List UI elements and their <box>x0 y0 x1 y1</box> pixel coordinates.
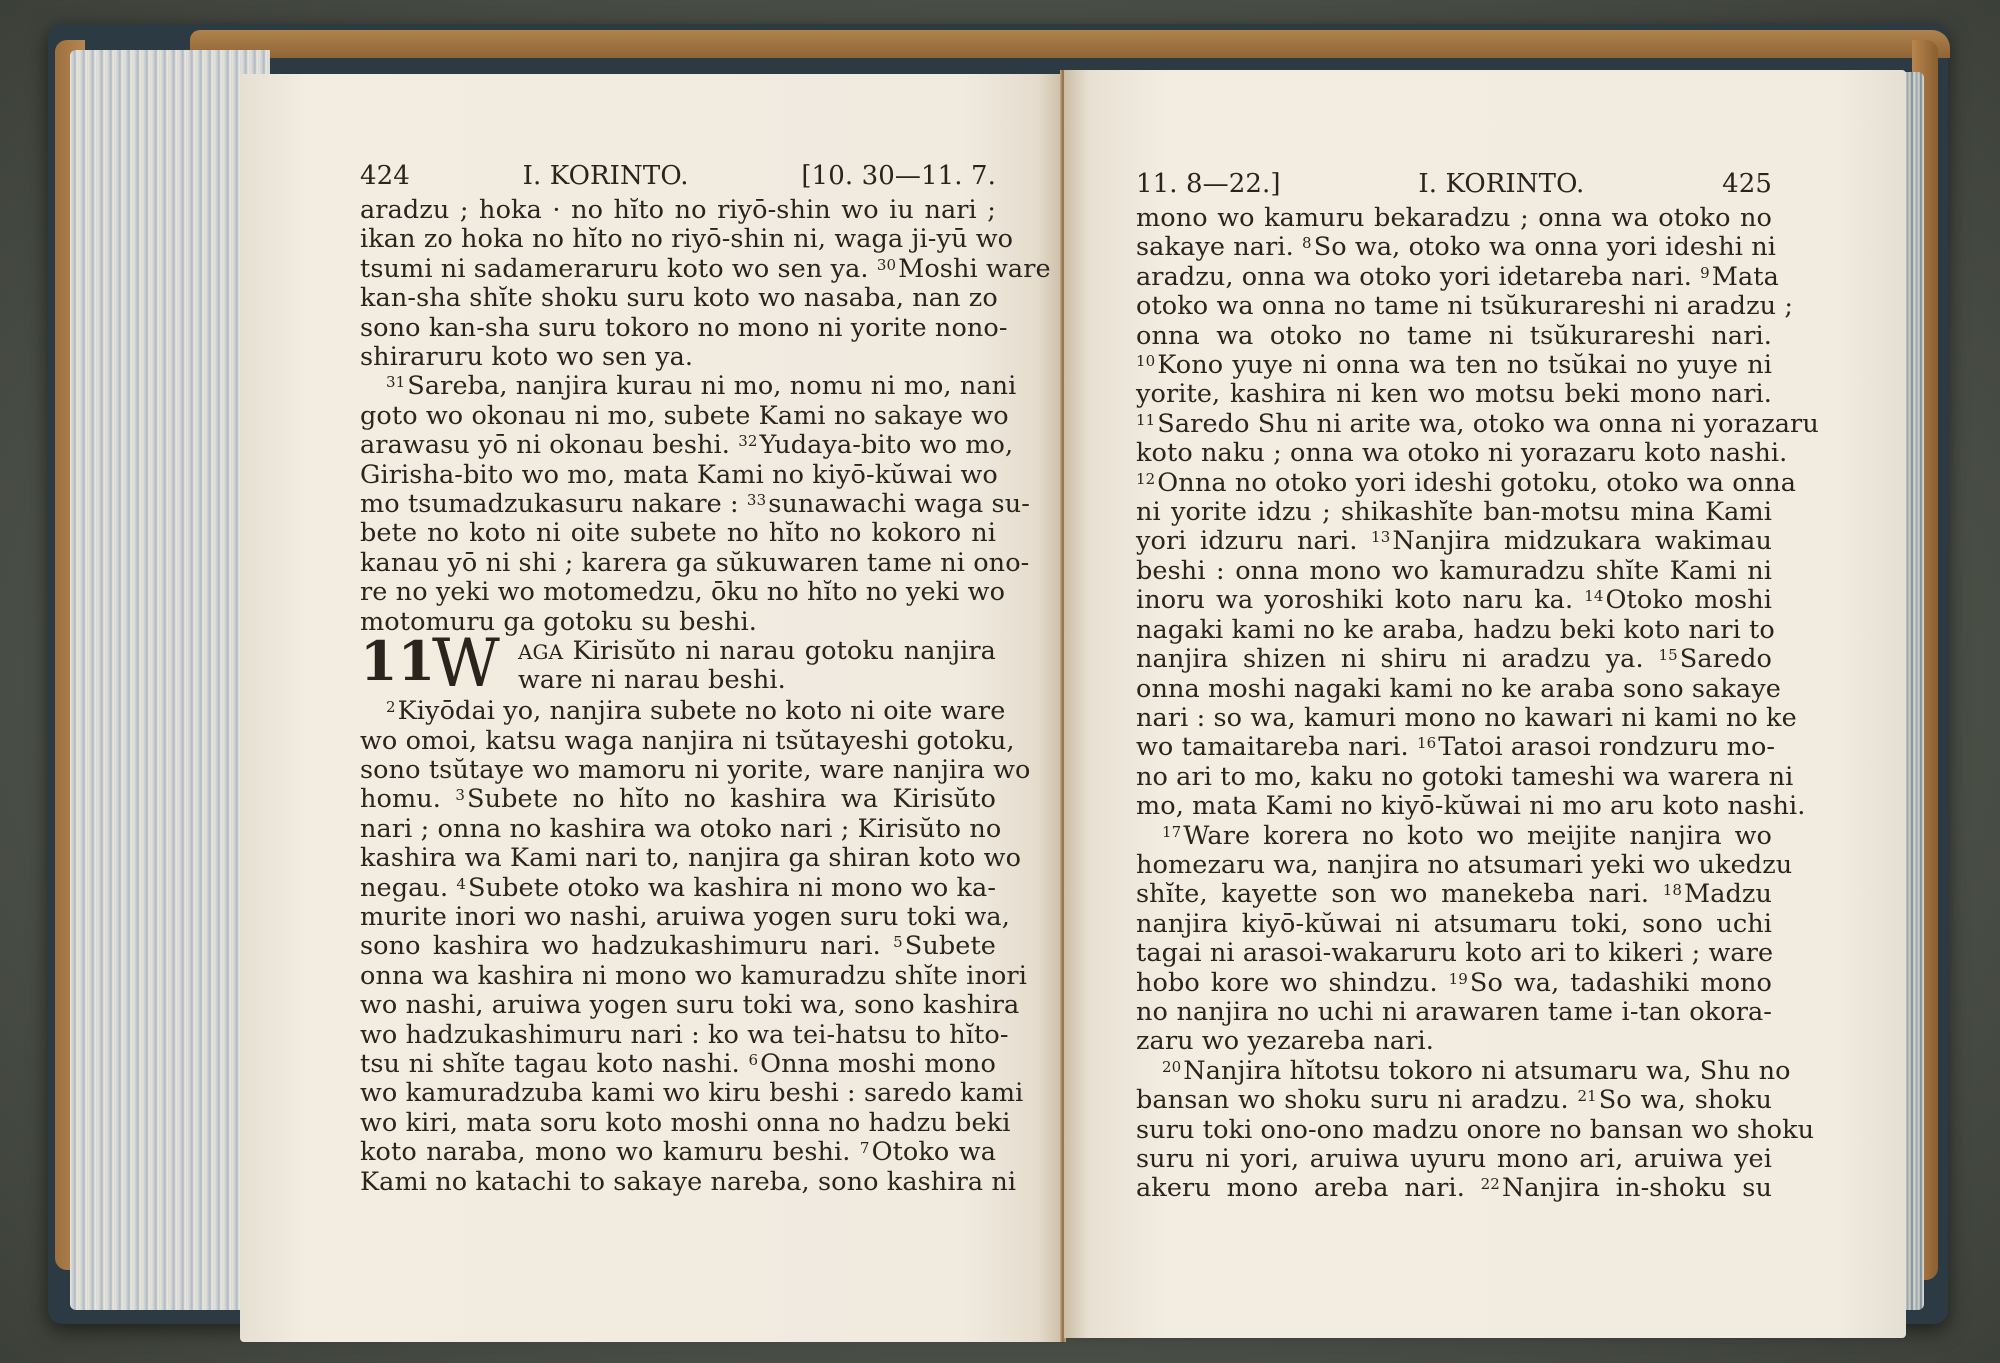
line-text: wo kamuradzuba kami wo kiru beshi : sare… <box>360 1078 1023 1108</box>
text-line: tagai ni arasoi-wakaruru koto ari to kik… <box>1136 939 1772 968</box>
text-line: sakaye nari. 8So wa, otoko wa onna yori … <box>1136 233 1772 262</box>
line-text: kashira wa Kami nari to, nanjira ga shir… <box>360 843 1021 873</box>
text-line: homezaru wa, nanjira no atsumari yeki wo… <box>1136 851 1772 880</box>
line-text: bete no koto ni oite subete no hĭto no k… <box>360 518 996 548</box>
chapter-line-1: AGA Kirisŭto ni narau gotoku nanjira <box>518 637 996 667</box>
verse-range: [10. 30—11. 7. <box>801 162 996 191</box>
text-line: otoko wa onna no tame ni tsŭkurareshi ni… <box>1136 292 1772 321</box>
chapter-number: 11 <box>360 633 435 689</box>
verse-number: 20 <box>1162 1058 1181 1076</box>
text-line: kanau yō ni shi ; karera ga sŭkuwaren ta… <box>360 549 996 578</box>
left-lines-after-chapter: 2Kiyōdai yo, nanjira subete no koto ni o… <box>360 697 996 1197</box>
verse-number: 8 <box>1302 234 1312 252</box>
line-text: sono tsŭtaye wo mamoru ni yorite, ware n… <box>360 755 1031 785</box>
text-line: ikan zo hoka no hĭto no riyō-shin ni, wa… <box>360 225 996 254</box>
line-text-after-verse: Subete no hĭto no kashira wa Kirisŭto <box>467 784 996 814</box>
line-text-after-verse: Madzu <box>1684 879 1772 909</box>
verse-number: 11 <box>1136 411 1155 429</box>
page-number: 424 <box>360 162 410 191</box>
line-text-after-verse: Nanjira midzukara wakimau <box>1392 526 1772 556</box>
text-line: koto naraba, mono wo kamuru beshi. 7Otok… <box>360 1138 996 1167</box>
line-text: nanjira shizen ni shiru ni aradzu ya. <box>1136 644 1644 674</box>
line-text: sakaye nari. <box>1136 232 1294 262</box>
text-line: hobo kore wo shindzu. 19So wa, tadashiki… <box>1136 969 1772 998</box>
line-text: suru toki ono-ono madzu onore no bansan … <box>1136 1115 1814 1145</box>
verse-range: 11. 8—22.] <box>1136 170 1281 199</box>
line-text: akeru mono areba nari. <box>1136 1173 1465 1203</box>
text-line: inoru wa yoroshiki koto naru ka. 14Otoko… <box>1136 586 1772 615</box>
line-text: Kono yuye ni onna wa ten no tsŭkai no yu… <box>1157 350 1772 380</box>
line-text: Kami no katachi to sakaye nareba, sono k… <box>360 1167 1016 1197</box>
text-line: Kami no katachi to sakaye nareba, sono k… <box>360 1168 996 1197</box>
left-lines-before-chapter: aradzu ; hoka · no hĭto no riyō-shin wo … <box>360 196 996 637</box>
line-text: aradzu ; hoka · no hĭto no riyō-shin wo … <box>360 195 996 225</box>
chapter-line-2: ware ni narau beshi. <box>518 666 996 695</box>
line-text-after-verse: So wa, shoku <box>1599 1085 1772 1115</box>
verse-number: 16 <box>1417 734 1436 752</box>
verse-number: 30 <box>877 256 896 274</box>
line-text: re no yeki wo motomedzu, ōku no hĭto no … <box>360 577 1005 607</box>
text-line: onna wa kashira ni mono wo kamuradzu shĭ… <box>360 962 996 991</box>
line-text: onna wa otoko no tame ni tsŭkurareshi na… <box>1136 321 1772 351</box>
right-page-text: 11. 8—22.] I. KORINTO. 425 mono wo kamur… <box>1136 170 1772 1204</box>
verse-number: 2 <box>386 698 396 716</box>
text-line: wo hadzukashimuru nari : ko wa tei-hatsu… <box>360 1021 996 1050</box>
left-page-text: 424 I. KORINTO. [10. 30—11. 7. aradzu ; … <box>360 162 996 1197</box>
text-line: 20Nanjira hĭtotsu tokoro ni atsumaru wa,… <box>1136 1057 1772 1086</box>
book-title: I. KORINTO. <box>523 162 689 191</box>
text-line: murite inori wo nashi, aruiwa yogen suru… <box>360 903 996 932</box>
text-line: nari : so wa, kamuri mono no kawari ni k… <box>1136 704 1772 733</box>
page-number: 425 <box>1722 170 1772 199</box>
line-text: kanau yō ni shi ; karera ga sŭkuwaren ta… <box>360 548 1029 578</box>
text-line: shiraruru koto wo sen ya. <box>360 343 996 372</box>
text-line: shĭte, kayette son wo manekeba nari. 18M… <box>1136 880 1772 909</box>
line-text: wo nashi, aruiwa yogen suru toki wa, son… <box>360 990 1019 1020</box>
right-page: 11. 8—22.] I. KORINTO. 425 mono wo kamur… <box>1064 70 1906 1338</box>
line-text: zaru wo yezareba nari. <box>1136 1026 1434 1056</box>
small-caps: AGA <box>518 640 563 664</box>
verse-number: 10 <box>1136 352 1155 370</box>
text-line: wo omoi, katsu waga nanjira ni tsŭtayesh… <box>360 727 996 756</box>
verse-number: 13 <box>1371 528 1390 546</box>
line-text: Onna no otoko yori ideshi gotoku, otoko … <box>1157 468 1796 498</box>
text-line: mono wo kamuru bekaradzu ; onna wa otoko… <box>1136 204 1772 233</box>
line-text: beshi : onna mono wo kamuradzu shĭte Kam… <box>1136 556 1772 586</box>
text-line: mo, mata Kami no kiyō-kŭwai ni mo aru ko… <box>1136 792 1772 821</box>
line-text-after-verse: Subete <box>905 931 996 961</box>
verse-number: 6 <box>748 1051 758 1069</box>
cover-top-edge <box>190 30 1950 58</box>
line-text: no ari to mo, kaku no gotoki tameshi wa … <box>1136 762 1793 792</box>
text-line: 17Ware korera no koto wo meijite nanjira… <box>1136 822 1772 851</box>
right-running-head: 11. 8—22.] I. KORINTO. 425 <box>1136 170 1772 200</box>
line-text: nagaki kami no ke araba, hadzu beki koto… <box>1136 615 1775 645</box>
text-line: kashira wa Kami nari to, nanjira ga shir… <box>360 844 996 873</box>
line-text-after-verse: Tatoi arasoi rondzuru mo- <box>1438 732 1775 762</box>
verse-number: 17 <box>1162 823 1181 841</box>
line-text: Sareba, nanjira kurau ni mo, nomu ni mo,… <box>407 371 1016 401</box>
line-text: sono kan-sha suru tokoro no mono ni yori… <box>360 313 1008 343</box>
text-line: onna moshi nagaki kami no ke araba sono … <box>1136 675 1772 704</box>
text-line: bete no koto ni oite subete no hĭto no k… <box>360 519 996 548</box>
line-text: nari ; onna no kashira wa otoko nari ; K… <box>360 814 1001 844</box>
drop-cap: W <box>432 631 500 697</box>
verse-number: 19 <box>1449 970 1468 988</box>
right-lines: mono wo kamuru bekaradzu ; onna wa otoko… <box>1136 204 1772 1204</box>
text-line: nagaki kami no ke araba, hadzu beki koto… <box>1136 616 1772 645</box>
text-line: wo tamaitareba nari. 16Tatoi arasoi rond… <box>1136 733 1772 762</box>
verse-number: 5 <box>893 933 903 951</box>
verse-number: 31 <box>386 373 405 391</box>
line-text: homezaru wa, nanjira no atsumari yeki wo… <box>1136 850 1792 880</box>
line-text: onna moshi nagaki kami no ke araba sono … <box>1136 674 1781 704</box>
text-line: 10Kono yuye ni onna wa ten no tsŭkai no … <box>1136 351 1772 380</box>
line-text: homu. <box>360 784 441 814</box>
line-text: wo hadzukashimuru nari : ko wa tei-hatsu… <box>360 1020 1009 1050</box>
line-text: ni yorite idzu ; shikashĭte ban-motsu mi… <box>1136 497 1772 527</box>
line-text: wo omoi, katsu waga nanjira ni tsŭtayesh… <box>360 726 1015 756</box>
text-line: ni yorite idzu ; shikashĭte ban-motsu mi… <box>1136 498 1772 527</box>
text-line: yori idzuru nari. 13Nanjira midzukara wa… <box>1136 527 1772 556</box>
verse-number: 3 <box>455 786 465 804</box>
line-text-after-verse: sunawachi waga su- <box>768 489 1030 519</box>
text-line: yorite, kashira ni ken wo motsu beki mon… <box>1136 380 1772 409</box>
line-text: shiraruru koto wo sen ya. <box>360 342 693 372</box>
text-line: homu. 3Subete no hĭto no kashira wa Kiri… <box>360 785 996 814</box>
line-text: yorite, kashira ni ken wo motsu beki mon… <box>1136 379 1772 409</box>
book-title: I. KORINTO. <box>1418 170 1584 199</box>
text-line: 11Saredo Shu ni arite wa, otoko wa onna … <box>1136 410 1772 439</box>
line-text-after-verse: Moshi ware <box>898 254 1051 284</box>
text-line: mo tsumadzukasuru nakare : 33sunawachi w… <box>360 490 996 519</box>
line-text: nanjira kiyō-kŭwai ni atsumaru toki, son… <box>1136 909 1772 939</box>
text-line: koto naku ; onna wa otoko ni yorazaru ko… <box>1136 439 1772 468</box>
verse-number: 32 <box>738 432 757 450</box>
line-text: mo, mata Kami no kiyō-kŭwai ni mo aru ko… <box>1136 791 1805 821</box>
verse-number: 33 <box>747 491 766 509</box>
verse-number: 7 <box>860 1139 870 1157</box>
line-text: Ware korera no koto wo meijite nanjira w… <box>1183 821 1772 851</box>
line-text-after-verse: Subete otoko wa kashira ni mono wo ka- <box>468 873 996 903</box>
line-text-after-verse: Otoko wa <box>872 1137 996 1167</box>
text-line: no nanjira no uchi ni arawaren tame i-ta… <box>1136 998 1772 1027</box>
line-text: arawasu yō ni okonau beshi. <box>360 430 730 460</box>
text-line: nari ; onna no kashira wa otoko nari ; K… <box>360 815 996 844</box>
text-line: no ari to mo, kaku no gotoki tameshi wa … <box>1136 763 1772 792</box>
line-text: wo kiri, mata soru koto moshi onna no ha… <box>360 1108 1010 1138</box>
text-line: kan-sha shĭte shoku suru koto wo nasaba,… <box>360 284 996 313</box>
line-text: goto wo okonau ni mo, subete Kami no sak… <box>360 401 1009 431</box>
verse-number: 22 <box>1481 1175 1500 1193</box>
line-text-after-verse: So wa, otoko wa onna yori ideshi ni <box>1314 232 1776 262</box>
text-line: sono tsŭtaye wo mamoru ni yorite, ware n… <box>360 756 996 785</box>
line-text: mono wo kamuru bekaradzu ; onna wa otoko… <box>1136 203 1772 233</box>
text-line: tsu ni shĭte tagau koto nashi. 6Onna mos… <box>360 1050 996 1079</box>
verse-number: 21 <box>1577 1087 1596 1105</box>
left-page: 424 I. KORINTO. [10. 30—11. 7. aradzu ; … <box>240 74 1062 1342</box>
line-text: mo tsumadzukasuru nakare : <box>360 489 739 519</box>
text-line: goto wo okonau ni mo, subete Kami no sak… <box>360 402 996 431</box>
line-text: koto naku ; onna wa otoko ni yorazaru ko… <box>1136 438 1787 468</box>
text-line: sono kan-sha suru tokoro no mono ni yori… <box>360 314 996 343</box>
line-text: yori idzuru nari. <box>1136 526 1358 556</box>
chapter-heading: 11 W AGA Kirisŭto ni narau gotoku nanjir… <box>360 637 996 697</box>
line-text-after-verse: Saredo <box>1680 644 1772 674</box>
line-text: hobo kore wo shindzu. <box>1136 968 1438 998</box>
line-text: Nanjira hĭtotsu tokoro ni atsumaru wa, S… <box>1183 1056 1790 1086</box>
line-text-after-verse: Onna moshi mono <box>760 1049 996 1079</box>
line-text: murite inori wo nashi, aruiwa yogen suru… <box>360 902 1010 932</box>
text-line: arawasu yō ni okonau beshi. 32Yudaya-bit… <box>360 431 996 460</box>
verse-number: 12 <box>1136 470 1155 488</box>
line-text: nari : so wa, kamuri mono no kawari ni k… <box>1136 703 1797 733</box>
text-line: nanjira shizen ni shiru ni aradzu ya. 15… <box>1136 645 1772 674</box>
line-text: tsumi ni sadameraruru koto wo sen ya. <box>360 254 869 284</box>
line-text: suru ni yori, aruiwa uyuru mono ari, aru… <box>1136 1144 1772 1174</box>
text-line: beshi : onna mono wo kamuradzu shĭte Kam… <box>1136 557 1772 586</box>
text-line: 31Sareba, nanjira kurau ni mo, nomu ni m… <box>360 372 996 401</box>
text-line: akeru mono areba nari. 22Nanjira in-shok… <box>1136 1174 1772 1203</box>
line-text: sono kashira wo hadzukashimuru nari. <box>360 931 881 961</box>
verse-number: 9 <box>1700 264 1710 282</box>
line-text-after-verse: Nanjira in-shoku su <box>1502 1173 1772 1203</box>
verse-number: 18 <box>1663 881 1682 899</box>
line-text: Girisha-bito wo mo, mata Kami no kiyō-kŭ… <box>360 460 998 490</box>
line-text: negau. <box>360 873 448 903</box>
verse-number: 14 <box>1584 587 1603 605</box>
line-text: shĭte, kayette son wo manekeba nari. <box>1136 879 1649 909</box>
text-line: zaru wo yezareba nari. <box>1136 1027 1772 1056</box>
line-text-after-verse: Mata <box>1712 262 1779 292</box>
text-line: wo kiri, mata soru koto moshi onna no ha… <box>360 1109 996 1138</box>
text-line: bansan wo shoku suru ni aradzu. 21So wa,… <box>1136 1086 1772 1115</box>
line-text: tsu ni shĭte tagau koto nashi. <box>360 1049 740 1079</box>
verse-number: 15 <box>1658 646 1677 664</box>
verse-number: 4 <box>456 875 466 893</box>
line-text-after-verse: Otoko moshi <box>1606 585 1773 615</box>
line-text: ikan zo hoka no hĭto no riyō-shin ni, wa… <box>360 224 1013 254</box>
text-line: Girisha-bito wo mo, mata Kami no kiyō-kŭ… <box>360 461 996 490</box>
line-text: onna wa kashira ni mono wo kamuradzu shĭ… <box>360 961 1027 991</box>
text-line: tsumi ni sadameraruru koto wo sen ya. 30… <box>360 255 996 284</box>
line-text: bansan wo shoku suru ni aradzu. <box>1136 1085 1569 1115</box>
line-text: koto naraba, mono wo kamuru beshi. <box>360 1137 851 1167</box>
text-line: nanjira kiyō-kŭwai ni atsumaru toki, son… <box>1136 910 1772 939</box>
text-line: suru ni yori, aruiwa uyuru mono ari, aru… <box>1136 1145 1772 1174</box>
text-line: negau. 4Subete otoko wa kashira ni mono … <box>360 874 996 903</box>
line-text: tagai ni arasoi-wakaruru koto ari to kik… <box>1136 938 1773 968</box>
text-line: wo nashi, aruiwa yogen suru toki wa, son… <box>360 991 996 1020</box>
line-text: inoru wa yoroshiki koto naru ka. <box>1136 585 1573 615</box>
text-line: 12Onna no otoko yori ideshi gotoku, otok… <box>1136 469 1772 498</box>
text-line: onna wa otoko no tame ni tsŭkurareshi na… <box>1136 322 1772 351</box>
left-running-head: 424 I. KORINTO. [10. 30—11. 7. <box>360 162 996 192</box>
line-text-after-verse: Yudaya-bito wo mo, <box>760 430 1014 460</box>
text-line: aradzu ; hoka · no hĭto no riyō-shin wo … <box>360 196 996 225</box>
line-text: no nanjira no uchi ni arawaren tame i-ta… <box>1136 997 1772 1027</box>
line-text: wo tamaitareba nari. <box>1136 732 1409 762</box>
text-line: suru toki ono-ono madzu onore no bansan … <box>1136 1116 1772 1145</box>
line-text: Saredo Shu ni arite wa, otoko wa onna ni… <box>1157 409 1819 439</box>
text-line: re no yeki wo motomedzu, ōku no hĭto no … <box>360 578 996 607</box>
text-line: aradzu, onna wa otoko yori idetareba nar… <box>1136 263 1772 292</box>
text-line: wo kamuradzuba kami wo kiru beshi : sare… <box>360 1079 996 1108</box>
line-text: otoko wa onna no tame ni tsŭkurareshi ni… <box>1136 291 1793 321</box>
text-line: sono kashira wo hadzukashimuru nari. 5Su… <box>360 932 996 961</box>
chapter-line-1-rest: Kirisŭto ni narau gotoku nanjira <box>573 636 996 666</box>
line-text-after-verse: So wa, tadashiki mono <box>1470 968 1772 998</box>
line-text: kan-sha shĭte shoku suru koto wo nasaba,… <box>360 283 998 313</box>
line-text: aradzu, onna wa otoko yori idetareba nar… <box>1136 262 1692 292</box>
